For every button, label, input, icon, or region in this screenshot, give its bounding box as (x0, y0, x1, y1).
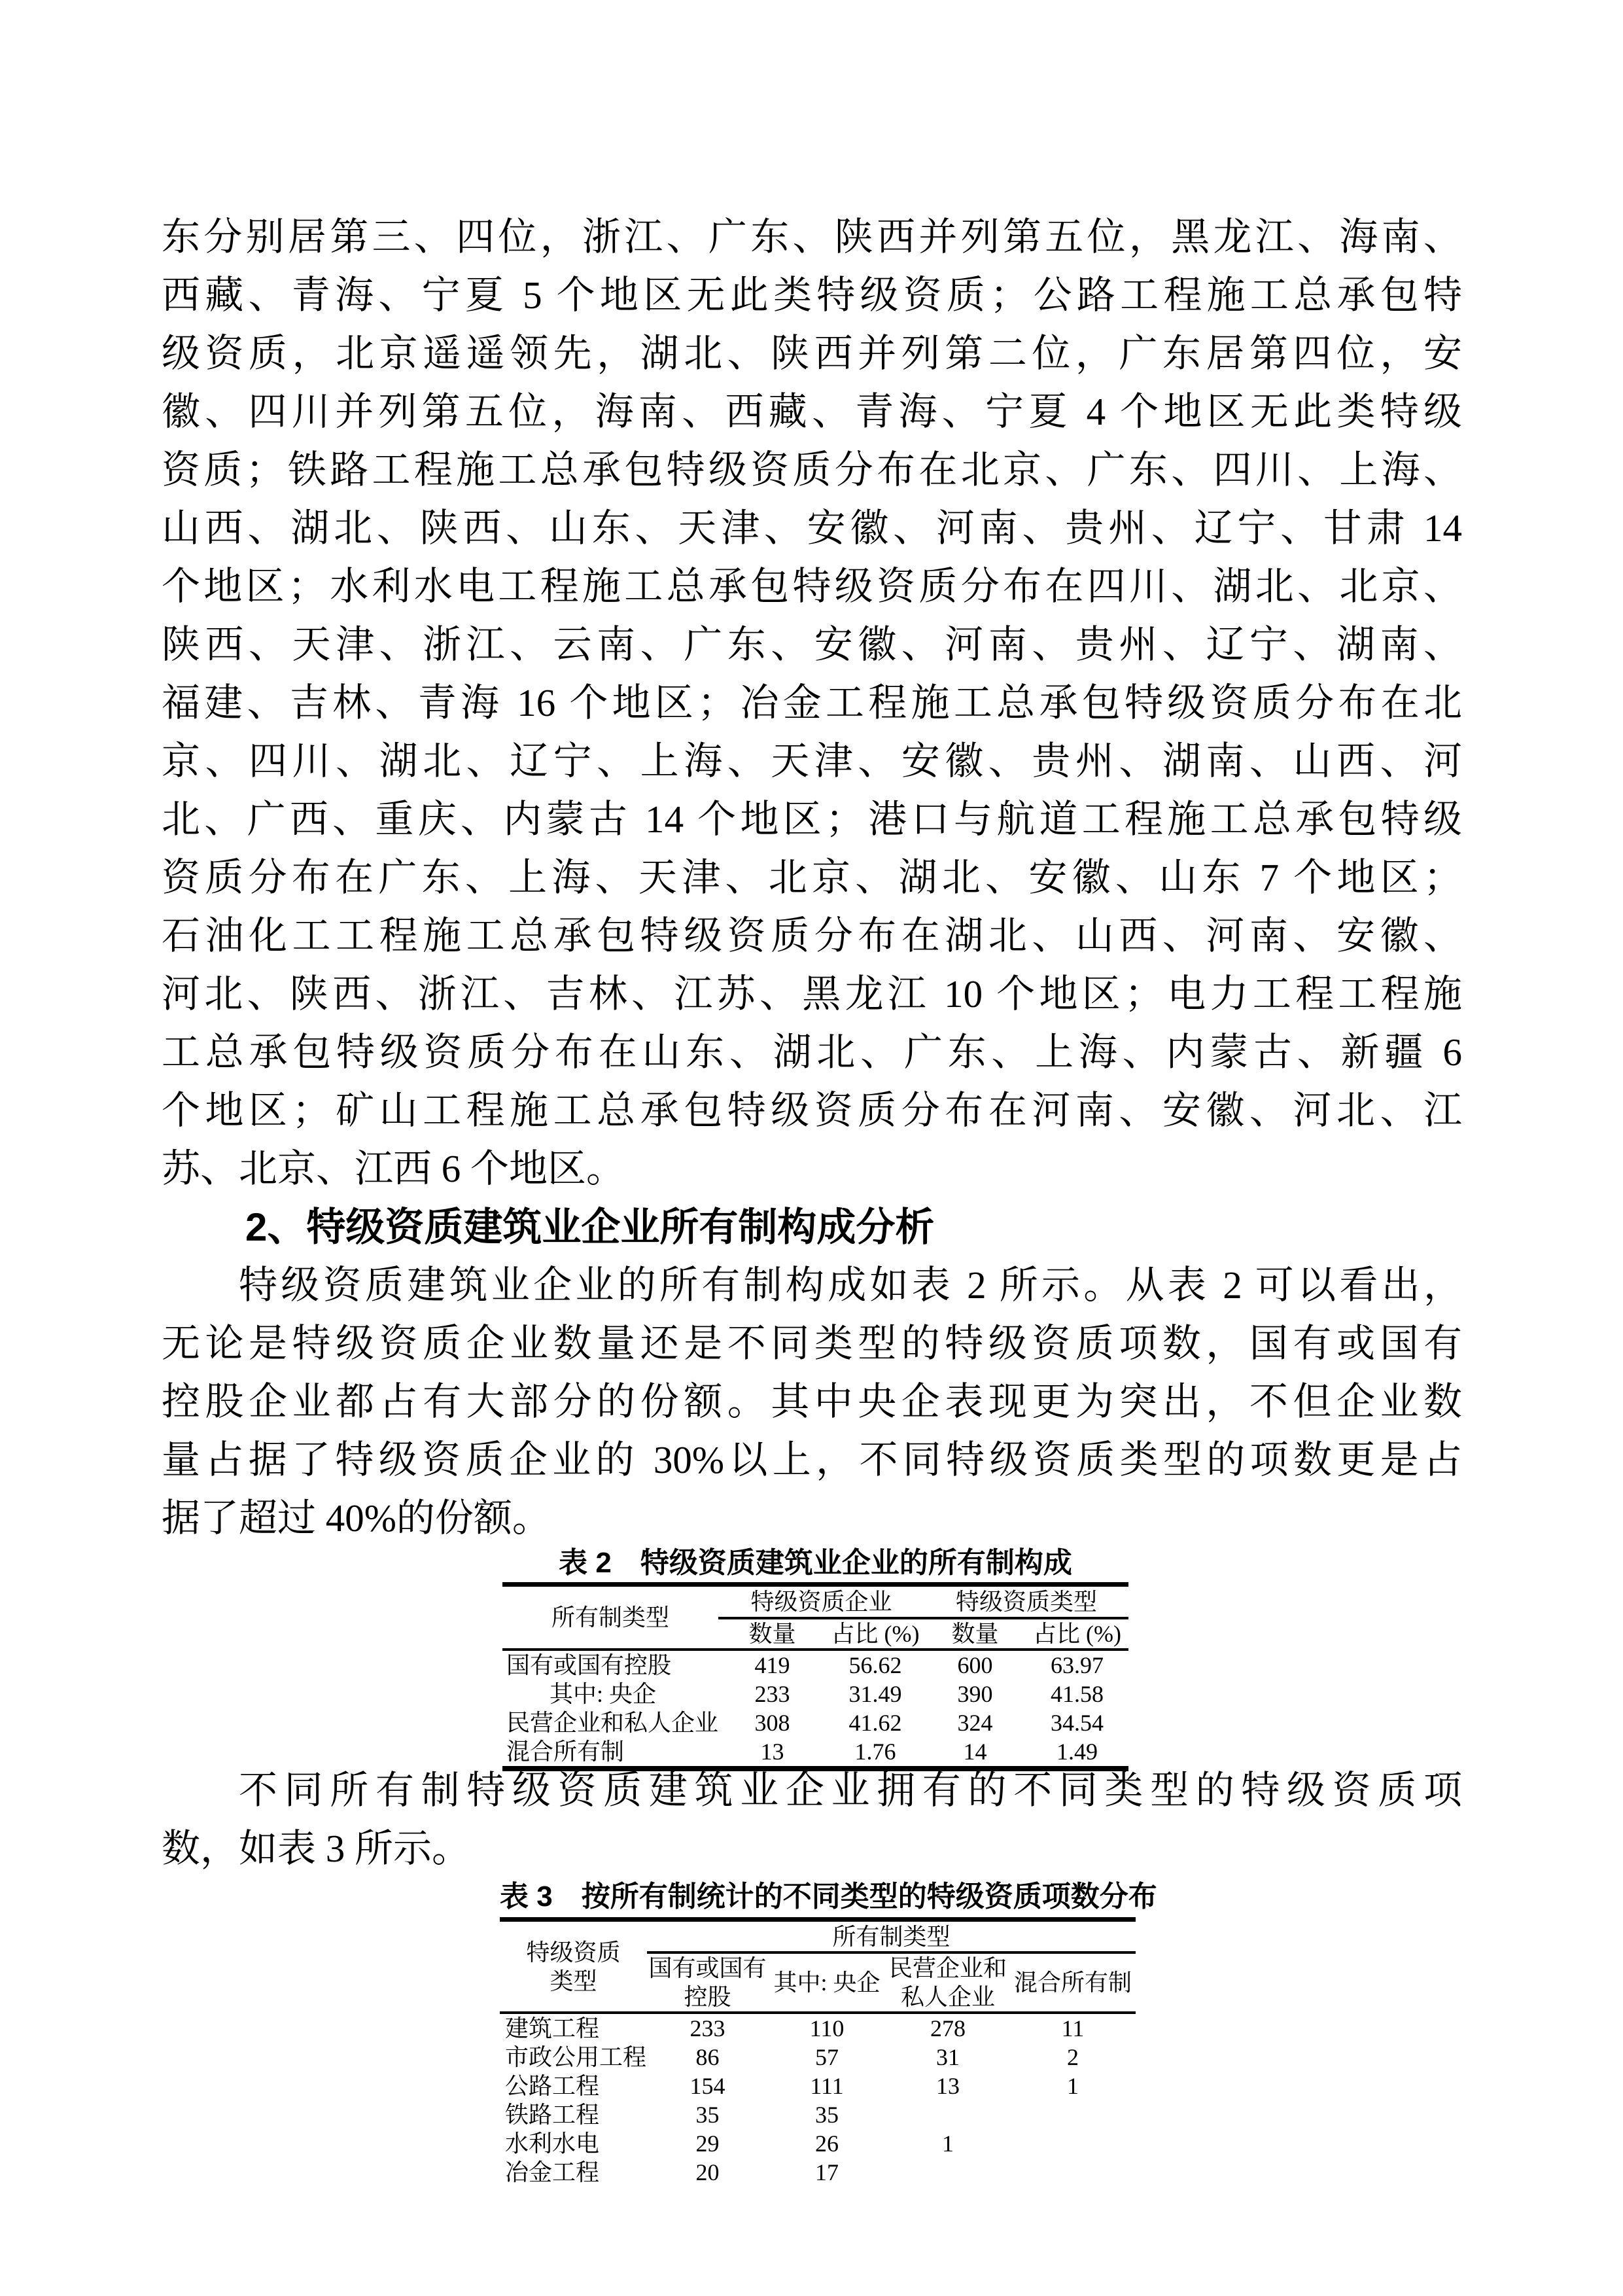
text-line: 据了超过 40%的份额。 (162, 1489, 1462, 1547)
table-row: 水利水电 29 26 1 (500, 2129, 1136, 2158)
text-line: 不同所有制特级资质建筑业企业拥有的不同类型的特级资质项 (162, 1761, 1462, 1820)
paragraph-1: 东分别居第三、四位，浙江、广东、陕西并列第五位，黑龙江、海南、 西藏、青海、宁夏… (162, 208, 1462, 1198)
table-2-cell: 233 (718, 1680, 826, 1708)
table-3-row-label: 冶金工程 (500, 2158, 647, 2187)
text-line: 数，如表 3 所示。 (162, 1820, 1462, 1878)
table-2-row-label: 国有或国有控股 (502, 1650, 718, 1680)
table-3-header-state-owned: 国有或国有 控股 (647, 1952, 768, 2013)
table-2-cell: 390 (924, 1680, 1026, 1708)
table-2-cell: 419 (718, 1650, 826, 1680)
table-3-cell: 11 (1010, 2013, 1136, 2043)
table-3-cell: 13 (886, 2072, 1010, 2100)
table-2-cell: 41.62 (826, 1708, 924, 1737)
table-3-cell: 110 (768, 2013, 886, 2043)
table-2-header-percent: 占比 (%) (1026, 1618, 1128, 1650)
document-page: 东分别居第三、四位，浙江、广东、陕西并列第五位，黑龙江、海南、 西藏、青海、宁夏… (0, 0, 1623, 2296)
text-line: 工总承包特级资质分布在山东、湖北、广东、上海、内蒙古、新疆 6 (162, 1023, 1462, 1082)
table-2-cell: 63.97 (1026, 1650, 1128, 1680)
table-2-title: 表 2 特级资质建筑业企业的所有制构成 (502, 1547, 1128, 1580)
table-3-cell: 35 (647, 2100, 768, 2129)
table-row: 国有或国有控股 419 56.62 600 63.97 (502, 1650, 1128, 1680)
table-row: 建筑工程 233 110 278 11 (500, 2013, 1136, 2043)
table-3: 特级资质 类型 所有制类型 国有或国有 控股 其中: 央企 民营企业和 私人企业… (500, 1917, 1136, 2187)
table-2-cell: 600 (924, 1650, 1026, 1680)
table-3-header-mixed: 混合所有制 (1010, 1952, 1136, 2013)
table-row: 公路工程 154 111 13 1 (500, 2072, 1136, 2100)
paragraph-2: 特级资质建筑业企业的所有制构成如表 2 所示。从表 2 可以看出， 无论是特级资… (162, 1256, 1462, 1547)
text-line: 河北、陕西、浙江、吉林、江苏、黑龙江 10 个地区；电力工程工程施 (162, 965, 1462, 1023)
table-row: 市政公用工程 86 57 31 2 (500, 2043, 1136, 2072)
table-2-header-percent: 占比 (%) (826, 1618, 924, 1650)
text-line: 资质分布在广东、上海、天津、北京、湖北、安徽、山东 7 个地区； (162, 849, 1462, 907)
table-row: 冶金工程 20 17 (500, 2158, 1136, 2187)
text-line: 特级资质建筑业企业的所有制构成如表 2 所示。从表 2 可以看出， (162, 1256, 1462, 1315)
text-line: 石油化工工程施工总承包特级资质分布在湖北、山西、河南、安徽、 (162, 907, 1462, 965)
table-3-header-private: 民营企业和 私人企业 (886, 1952, 1010, 2013)
table-3-cell: 57 (768, 2043, 886, 2072)
table-3-cell: 154 (647, 2072, 768, 2100)
table-3-row-label: 建筑工程 (500, 2013, 647, 2043)
table-row: 其中: 央企 233 31.49 390 41.58 (502, 1680, 1128, 1708)
table-2-cell: 308 (718, 1708, 826, 1737)
table-3-row-label: 铁路工程 (500, 2100, 647, 2129)
table-3-cell (1010, 2158, 1136, 2187)
text-line: 徽、四川并列第五位，海南、西藏、青海、宁夏 4 个地区无此类特级 (162, 383, 1462, 441)
table-2-header-group-enterprises: 特级资质企业 (718, 1585, 924, 1619)
table-2-cell: 324 (924, 1708, 1026, 1737)
table-2-row-label: 民营企业和私人企业 (502, 1708, 718, 1737)
table-2-header-ownership-type: 所有制类型 (502, 1585, 718, 1650)
text-line: 无论是特级资质企业数量还是不同类型的特级资质项数，国有或国有 (162, 1315, 1462, 1373)
table-2-header-count: 数量 (718, 1618, 826, 1650)
text-line: 京、四川、湖北、辽宁、上海、天津、安徽、贵州、湖南、山西、河 (162, 732, 1462, 790)
table-2-row-label: 其中: 央企 (502, 1680, 718, 1708)
text-line: 个地区；水利水电工程施工总承包特级资质分布在四川、湖北、北京、 (162, 557, 1462, 616)
text-line: 资质；铁路工程施工总承包特级资质分布在北京、广东、四川、上海、 (162, 441, 1462, 499)
table-3-header-group-ownership: 所有制类型 (647, 1920, 1136, 1953)
text-line: 东分别居第三、四位，浙江、广东、陕西并列第五位，黑龙江、海南、 (162, 208, 1462, 266)
table-2-header-count: 数量 (924, 1618, 1026, 1650)
table-2-cell: 34.54 (1026, 1708, 1128, 1737)
table-3-header-qualification-type: 特级资质 类型 (500, 1920, 647, 2013)
table-2: 所有制类型 特级资质企业 特级资质类型 数量 占比 (%) 数量 占比 (%) … (502, 1582, 1128, 1771)
paragraph-3: 不同所有制特级资质建筑业企业拥有的不同类型的特级资质项 数，如表 3 所示。 (162, 1761, 1462, 1878)
text-line: 控股企业都占有大部分的份额。其中央企表现更为突出，不但企业数 (162, 1373, 1462, 1431)
text-line: 苏、北京、江西 6 个地区。 (162, 1140, 1462, 1198)
table-row: 民营企业和私人企业 308 41.62 324 34.54 (502, 1708, 1128, 1737)
text-line: 福建、吉林、青海 16 个地区；冶金工程施工总承包特级资质分布在北 (162, 674, 1462, 732)
table-3-cell (886, 2158, 1010, 2187)
table-3-cell: 111 (768, 2072, 886, 2100)
table-3-cell: 35 (768, 2100, 886, 2129)
table-2-cell: 41.58 (1026, 1680, 1128, 1708)
table-3-cell: 233 (647, 2013, 768, 2043)
table-3-cell: 278 (886, 2013, 1010, 2043)
table-3-cell (886, 2100, 1010, 2129)
table-3-row-label: 水利水电 (500, 2129, 647, 2158)
text-line: 北、广西、重庆、内蒙古 14 个地区；港口与航道工程施工总承包特级 (162, 790, 1462, 849)
table-2-cell: 56.62 (826, 1650, 924, 1680)
table-3-cell: 1 (886, 2129, 1010, 2158)
table-3-header-central-enterprise: 其中: 央企 (768, 1952, 886, 2013)
table-row: 铁路工程 35 35 (500, 2100, 1136, 2129)
table-3-cell: 86 (647, 2043, 768, 2072)
table-3-cell (1010, 2100, 1136, 2129)
text-line: 个地区；矿山工程施工总承包特级资质分布在河南、安徽、河北、江 (162, 1082, 1462, 1140)
table-3-row-label: 公路工程 (500, 2072, 647, 2100)
table-3-title: 表 3 按所有制统计的不同类型的特级资质项数分布 (500, 1881, 1136, 1913)
table-3-row-label: 市政公用工程 (500, 2043, 647, 2072)
table-2-cell: 31.49 (826, 1680, 924, 1708)
table-3-cell: 17 (768, 2158, 886, 2187)
section-heading: 2、特级资质建筑业企业所有制构成分析 (162, 1198, 1462, 1256)
table-3-cell: 31 (886, 2043, 1010, 2072)
text-line: 量占据了特级资质企业的 30%以上，不同特级资质类型的项数更是占 (162, 1431, 1462, 1489)
table-3-cell: 1 (1010, 2072, 1136, 2100)
text-line: 西藏、青海、宁夏 5 个地区无此类特级资质；公路工程施工总承包特 (162, 266, 1462, 325)
text-line: 陕西、天津、浙江、云南、广东、安徽、河南、贵州、辽宁、湖南、 (162, 616, 1462, 674)
table-3-cell: 20 (647, 2158, 768, 2187)
table-3-cell: 26 (768, 2129, 886, 2158)
table-3-cell: 29 (647, 2129, 768, 2158)
table-3-cell (1010, 2129, 1136, 2158)
table-2-header-group-qualification-types: 特级资质类型 (924, 1585, 1128, 1619)
table-3-cell: 2 (1010, 2043, 1136, 2072)
text-line: 山西、湖北、陕西、山东、天津、安徽、河南、贵州、辽宁、甘肃 14 (162, 499, 1462, 557)
text-line: 级资质，北京遥遥领先，湖北、陕西并列第二位，广东居第四位，安 (162, 325, 1462, 383)
